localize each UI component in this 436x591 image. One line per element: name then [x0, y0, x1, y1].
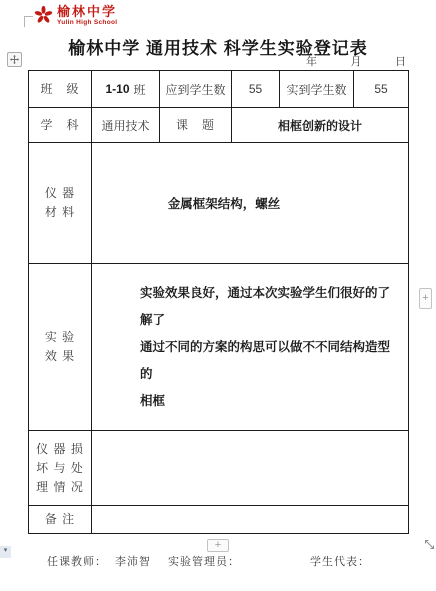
- table-row-result: 实 验 效 果 实验效果良好，通过本次实验学生们很好的了解了 通过不同的方案的构…: [29, 263, 408, 430]
- logo-flower-icon: [34, 5, 53, 25]
- table-move-handle[interactable]: [7, 52, 22, 67]
- date-line: 年 月 日: [306, 53, 406, 69]
- school-name-cn: 榆林中学: [57, 5, 117, 18]
- topic-value-cell[interactable]: 相框创新的设计: [231, 108, 408, 142]
- teacher-name[interactable]: 李沛智: [115, 553, 151, 569]
- class-label-cell[interactable]: 班 级: [29, 71, 91, 107]
- expected-count-value-cell[interactable]: 55: [231, 71, 279, 107]
- class-suffix: 班: [134, 81, 146, 98]
- date-year-label: 年: [306, 53, 317, 69]
- table-row-class: 班 级 1-10 班 应到学生数 55 实到学生数 55: [29, 71, 408, 107]
- school-name-en: Yulin High School: [57, 20, 117, 27]
- diagonal-resize-icon: [424, 539, 435, 550]
- damage-content-cell[interactable]: [91, 431, 408, 505]
- actual-count-value-cell[interactable]: 55: [353, 71, 408, 107]
- result-content-cell[interactable]: 实验效果良好，通过本次实验学生们很好的了解了 通过不同的方案的构思可以做不不同结…: [91, 264, 408, 430]
- text-boundary-corner-mark: [24, 16, 33, 27]
- teacher-label: 任课教师：: [47, 553, 107, 569]
- table-row-damage: 仪 器 损 坏 与 处 理 情 况: [29, 430, 408, 505]
- down-triangle-icon: ▾: [4, 546, 8, 554]
- subject-label-cell[interactable]: 学 科: [29, 108, 91, 142]
- move-cross-icon: [10, 55, 19, 64]
- signature-line: 任课教师： 李沛智 实验管理员： 学生代表：: [28, 553, 409, 569]
- table-resize-handle[interactable]: [423, 538, 435, 551]
- equipment-content-cell[interactable]: 金属框架结构，螺丝: [91, 143, 408, 263]
- table-row-equipment: 仪 器 材 料 金属框架结构，螺丝: [29, 142, 408, 263]
- date-month-label: 月: [351, 53, 362, 69]
- subject-value-cell[interactable]: 通用技术: [91, 108, 159, 142]
- table-row-subject: 学 科 通用技术 课 题 相框创新的设计: [29, 107, 408, 142]
- note-label-cell[interactable]: 备 注: [29, 506, 91, 533]
- registration-table: 班 级 1-10 班 应到学生数 55 实到学生数 55 学 科 通用技术 课 …: [28, 70, 409, 534]
- date-day-label: 日: [395, 53, 406, 69]
- class-value-cell[interactable]: 1-10 班: [91, 71, 159, 107]
- document-page: 榆林中学 Yulin High School 榆林中学 通用技术 科学生实验登记…: [0, 0, 436, 591]
- manager-label: 实验管理员：: [168, 553, 240, 569]
- class-number: 1-10: [105, 82, 129, 96]
- school-logo: 榆林中学 Yulin High School: [34, 5, 117, 27]
- damage-label-cell[interactable]: 仪 器 损 坏 与 处 理 情 况: [29, 431, 91, 505]
- actual-count-label-cell[interactable]: 实到学生数: [279, 71, 353, 107]
- note-content-cell[interactable]: [91, 506, 408, 533]
- table-row-note: 备 注: [29, 505, 408, 533]
- topic-label-cell[interactable]: 课 题: [159, 108, 231, 142]
- expected-count-label-cell[interactable]: 应到学生数: [159, 71, 231, 107]
- equipment-label-cell[interactable]: 仪 器 材 料: [29, 143, 91, 263]
- result-label-cell[interactable]: 实 验 效 果: [29, 264, 91, 430]
- table-side-plus-handle[interactable]: +: [419, 288, 432, 309]
- plus-icon: +: [422, 293, 428, 304]
- table-bottom-plus-handle[interactable]: +: [207, 539, 229, 552]
- student-label: 学生代表：: [310, 553, 370, 569]
- plus-icon: +: [215, 540, 221, 551]
- ruler-edge-marker: ▾: [0, 546, 11, 558]
